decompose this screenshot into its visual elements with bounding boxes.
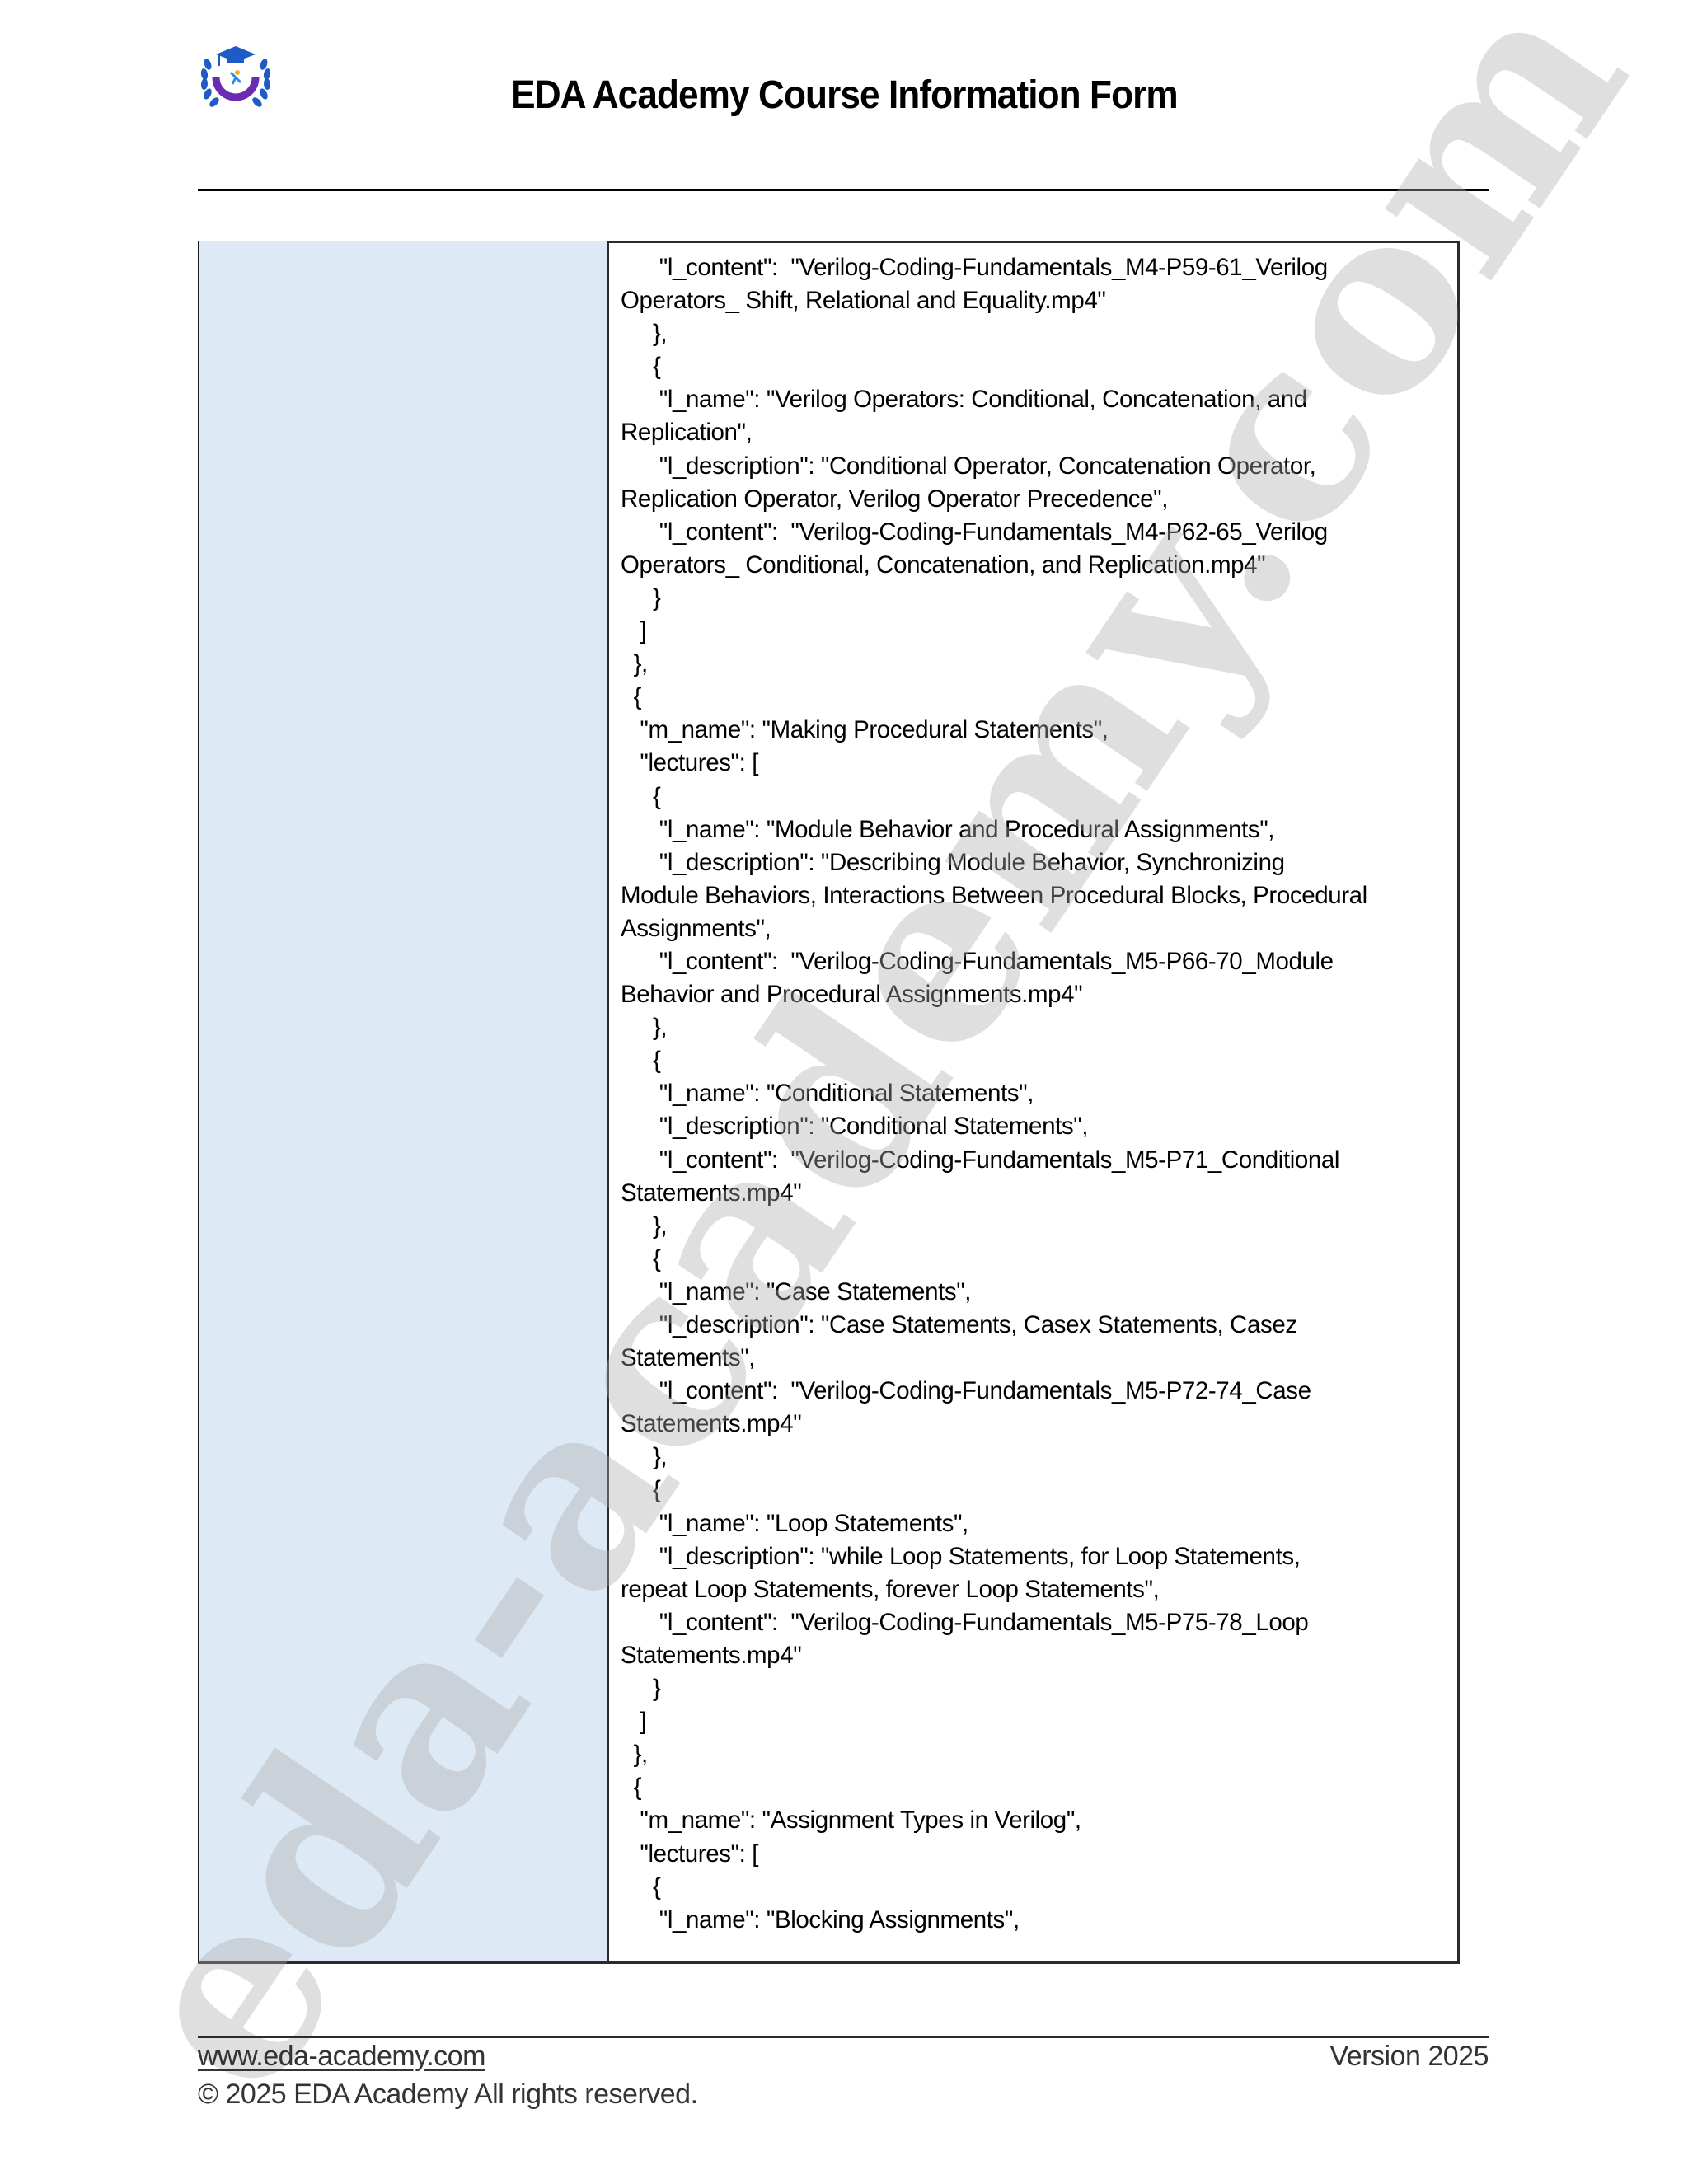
content-line: Statements.mp4" — [621, 1177, 1446, 1210]
content-line: { — [621, 350, 1446, 383]
header-divider — [198, 189, 1489, 191]
content-line: Replication", — [621, 416, 1446, 449]
content-line: { — [621, 1044, 1446, 1077]
field-value-cell: "l_content": "Verilog-Coding-Fundamental… — [607, 241, 1460, 1964]
content-line: "l_name": "Loop Statements", — [621, 1507, 1446, 1540]
content-line: "l_name": "Blocking Assignments", — [621, 1904, 1446, 1937]
content-line: }, — [621, 1210, 1446, 1243]
content-line: Assignments", — [621, 912, 1446, 945]
content-line: "l_content": "Verilog-Coding-Fundamental… — [621, 1606, 1446, 1639]
content-line: repeat Loop Statements, forever Loop Sta… — [621, 1573, 1446, 1606]
content-line: "l_name": "Module Behavior and Procedura… — [621, 813, 1446, 846]
content-line: { — [621, 681, 1446, 714]
footer-divider — [198, 2036, 1489, 2038]
content-line: "l_content": "Verilog-Coding-Fundamental… — [621, 251, 1446, 284]
content-line: { — [621, 1474, 1446, 1507]
content-line: ] — [621, 1705, 1446, 1738]
content-line: "lectures": [ — [621, 747, 1446, 780]
content-line: "l_description": "Describing Module Beha… — [621, 846, 1446, 879]
content-line: Behavior and Procedural Assignments.mp4" — [621, 978, 1446, 1011]
content-line: "l_name": "Verilog Operators: Conditiona… — [621, 383, 1446, 416]
content-line: Module Behaviors, Interactions Between P… — [621, 879, 1446, 912]
content-line: Operators_ Conditional, Concatenation, a… — [621, 549, 1446, 582]
page-title-text: EDA Academy Course Information Form — [511, 73, 1178, 118]
page-title: EDA Academy Course Information Form — [0, 73, 1688, 118]
content-line: Statements.mp4" — [621, 1408, 1446, 1441]
content-line: "lectures": [ — [621, 1838, 1446, 1871]
content-line: Statements.mp4" — [621, 1639, 1446, 1672]
content-line: "l_description": "while Loop Statements,… — [621, 1540, 1446, 1573]
content-line: { — [621, 1243, 1446, 1276]
version-label: Version 2025 — [1330, 2041, 1489, 2073]
content-line: Replication Operator, Verilog Operator P… — [621, 483, 1446, 516]
content-line: }, — [621, 1011, 1446, 1044]
content-line: "l_content": "Verilog-Coding-Fundamental… — [621, 1375, 1446, 1408]
content-line: }, — [621, 1441, 1446, 1474]
content-line: "l_content": "Verilog-Coding-Fundamental… — [621, 945, 1446, 978]
content-line: Operators_ Shift, Relational and Equalit… — [621, 284, 1446, 317]
content-line: ] — [621, 615, 1446, 648]
content-line: "m_name": "Assignment Types in Verilog", — [621, 1804, 1446, 1837]
content-line: } — [621, 1672, 1446, 1705]
content-line: "l_description": "Conditional Statements… — [621, 1110, 1446, 1143]
content-line: { — [621, 1771, 1446, 1804]
copyright-notice: © 2025 EDA Academy All rights reserved. — [198, 2079, 698, 2111]
content-line: "m_name": "Making Procedural Statements"… — [621, 714, 1446, 747]
website-link[interactable]: www.eda-academy.com — [198, 2041, 485, 2073]
content-line: { — [621, 780, 1446, 813]
content-line: "l_description": "Conditional Operator, … — [621, 450, 1446, 483]
content-line: { — [621, 1871, 1446, 1904]
content-line: "l_description": "Case Statements, Casex… — [621, 1309, 1446, 1342]
content-line: }, — [621, 317, 1446, 350]
content-line: "l_content": "Verilog-Coding-Fundamental… — [621, 1144, 1446, 1177]
content-line: "l_content": "Verilog-Coding-Fundamental… — [621, 516, 1446, 549]
content-line: } — [621, 582, 1446, 615]
course-info-table: "l_content": "Verilog-Coding-Fundamental… — [198, 241, 1460, 1964]
content-line: "l_name": "Conditional Statements", — [621, 1077, 1446, 1110]
content-line: "l_name": "Case Statements", — [621, 1276, 1446, 1309]
content-line: }, — [621, 1738, 1446, 1771]
field-label-cell — [198, 241, 607, 1964]
content-line: Statements", — [621, 1342, 1446, 1375]
content-line: }, — [621, 648, 1446, 681]
